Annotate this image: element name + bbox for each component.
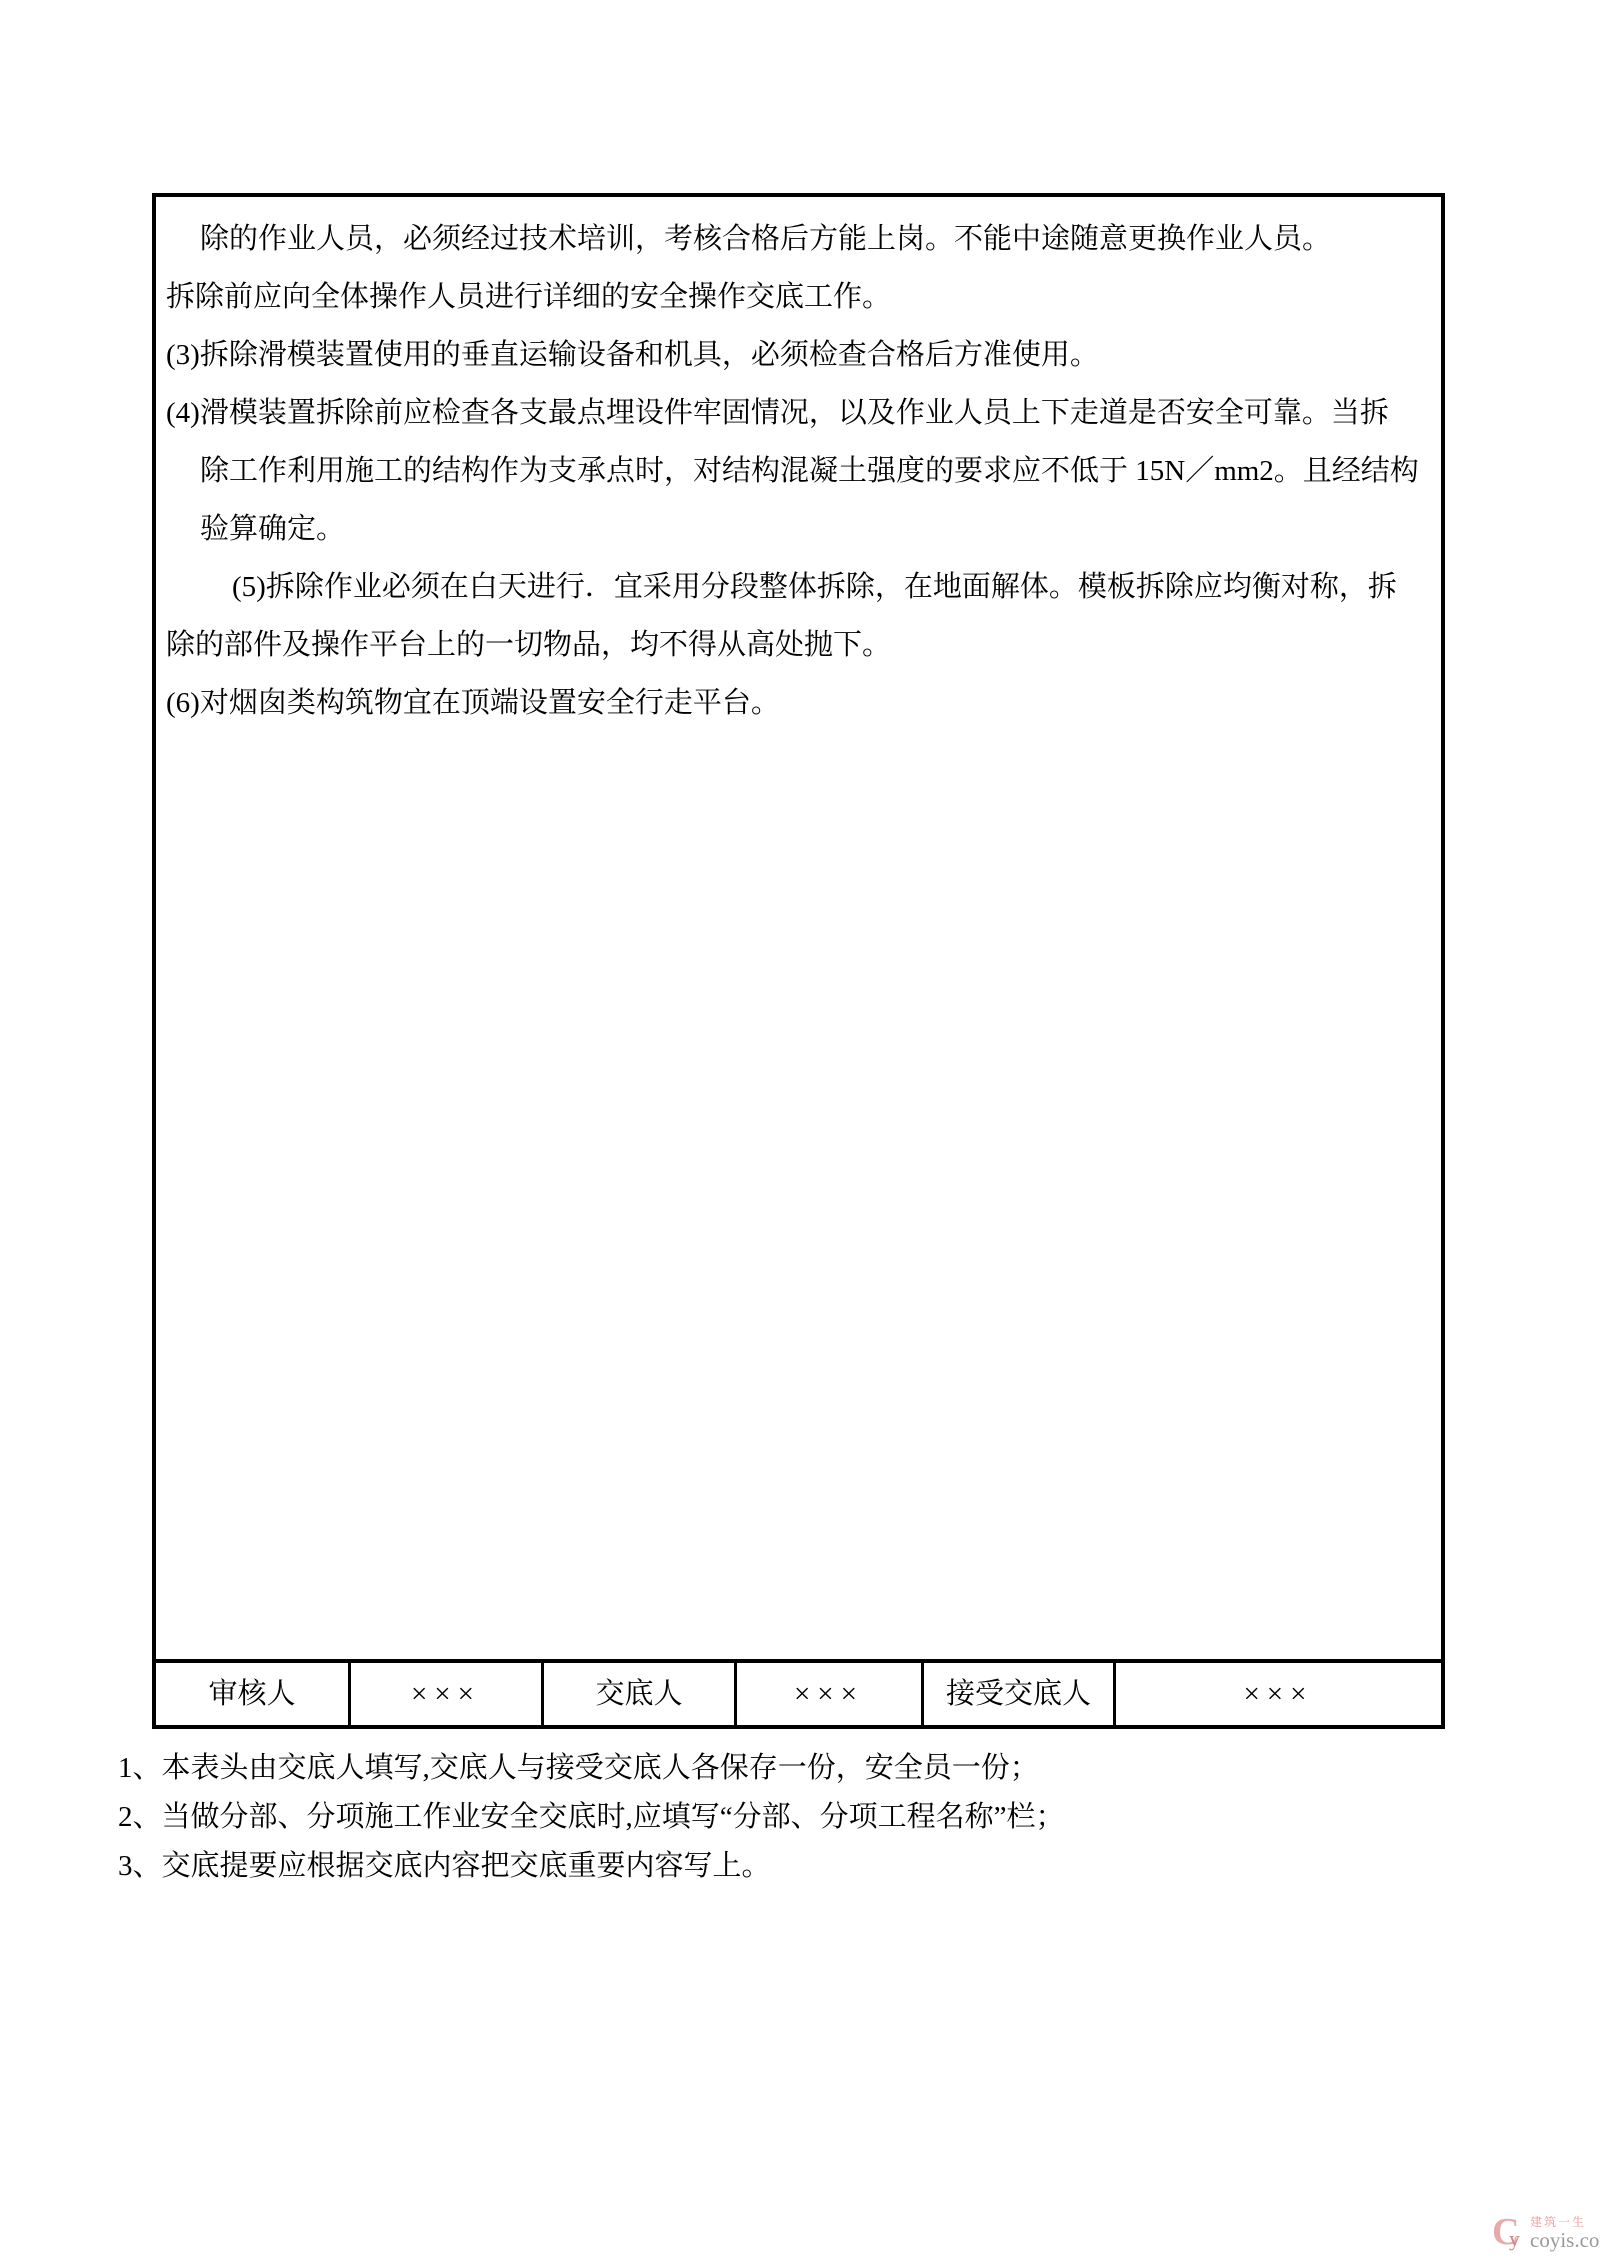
footnote: 3、交底提要应根据交底内容把交底重要内容写上。 (118, 1842, 1478, 1891)
body-text-line: 除工作利用施工的结构作为支承点时，对结构混凝土强度的要求应不低于 15N／mm2… (156, 442, 1441, 500)
sign-cell-label: 接受交底人 (921, 1663, 1113, 1725)
footnote: 1、本表头由交底人填写,交底人与接受交底人各保存一份，安全员一份； (118, 1744, 1478, 1793)
footnote: 2、当做分部、分项施工作业安全交底时,应填写“分部、分项工程名称”栏； (118, 1793, 1478, 1842)
body-text-line: (4)滑模装置拆除前应检查各支最点埋设件牢固情况，以及作业人员上下走道是否安全可… (156, 384, 1441, 442)
body-text-line: (5)拆除作业必须在白天进行．宜采用分段整体拆除，在地面解体。模板拆除应均衡对称… (156, 558, 1441, 616)
body-text-line: (6)对烟囱类构筑物宜在顶端设置安全行走平台。 (156, 674, 1441, 732)
sign-cell-label: 审核人 (156, 1663, 348, 1725)
body-text-line: 除的部件及操作平台上的一切物品，均不得从高处抛下。 (156, 616, 1441, 674)
sign-cell-label: 交底人 (541, 1663, 734, 1725)
sign-cell-value: ××× (734, 1663, 921, 1725)
watermark-text: 建筑一生 coyis.com (1530, 2216, 1600, 2252)
document-page: 除的作业人员，必须经过技术培训，考核合格后方能上岗。不能中途随意更换作业人员。拆… (0, 0, 1600, 2262)
watermark: C y 建筑一生 coyis.com (1492, 2216, 1600, 2252)
body-text-line: (3)拆除滑模装置使用的垂直运输设备和机具，必须检查合格后方准使用。 (156, 326, 1441, 384)
sign-cell-value: ××× (348, 1663, 541, 1725)
form-content-area: 除的作业人员，必须经过技术培训，考核合格后方能上岗。不能中途随意更换作业人员。拆… (156, 197, 1441, 1659)
signature-row: 审核人×××交底人×××接受交底人××× (156, 1659, 1441, 1725)
body-text-line: 拆除前应向全体操作人员进行详细的安全操作交底工作。 (156, 268, 1441, 326)
body-text-line: 除的作业人员，必须经过技术培训，考核合格后方能上岗。不能中途随意更换作业人员。 (156, 210, 1441, 268)
sign-cell-value: ××× (1113, 1663, 1441, 1725)
body-text-line: 验算确定。 (156, 500, 1441, 558)
footnotes: 1、本表头由交底人填写,交底人与接受交底人各保存一份，安全员一份；2、当做分部、… (118, 1744, 1478, 1891)
disclosure-form-box: 除的作业人员，必须经过技术培训，考核合格后方能上岗。不能中途随意更换作业人员。拆… (152, 193, 1445, 1729)
watermark-site: coyis.com (1530, 2229, 1600, 2252)
watermark-logo-sub: y (1509, 2226, 1520, 2252)
coyis-logo-icon: C y (1492, 2216, 1526, 2252)
